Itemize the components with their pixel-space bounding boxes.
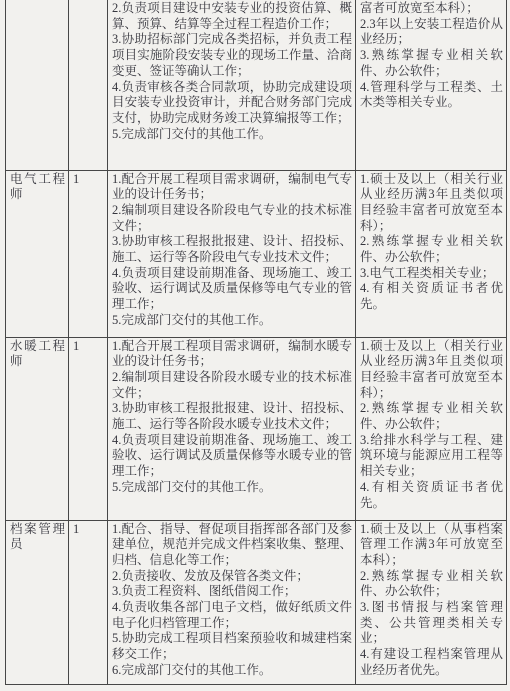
position-cell bbox=[6, 0, 69, 170]
job-requirements-table: 2.负责项目建设中安装专业的投资估算、概算、预算、结算等全过程工程造价工作； 3… bbox=[5, 0, 507, 685]
duties-cell: 1.配合开展工程项目需求调研，编制水暖专业的设计任务书； 2.编制项目建设各阶段… bbox=[108, 337, 356, 520]
position-cell: 档案管理员 bbox=[6, 520, 69, 684]
duties-cell: 1.配合开展工程项目需求调研，编制电气专业的设计任务书； 2.编制项目建设各阶段… bbox=[108, 170, 356, 337]
requirements-cell: 1.硕士及以上（相关行业从业经历满3年且类似项目经验丰富者可放宽至本科）； 2.… bbox=[356, 170, 507, 337]
headcount-cell: 1 bbox=[69, 520, 108, 684]
table-row-archives-administrator: 档案管理员 1 1.配合、指导、督促项目指挥部各部门及参建单位，规范并完成文件档… bbox=[6, 520, 507, 684]
duties-cell: 2.负责项目建设中安装专业的投资估算、概算、预算、结算等全过程工程造价工作； 3… bbox=[108, 0, 356, 170]
table-row-electrical-engineer: 电气工程师 1 1.配合开展工程项目需求调研，编制电气专业的设计任务书； 2.编… bbox=[6, 170, 507, 337]
position-cell: 水暖工程师 bbox=[6, 337, 69, 520]
headcount-cell bbox=[69, 0, 108, 170]
requirements-cell: 1.硕士及以上（相关行业从业经历满3年且类似项目经验丰富者可放宽至本科）； 2.… bbox=[356, 337, 507, 520]
table-row-plumbing-heating-engineer: 水暖工程师 1 1.配合开展工程项目需求调研，编制水暖专业的设计任务书； 2.编… bbox=[6, 337, 507, 520]
headcount-cell: 1 bbox=[69, 170, 108, 337]
requirements-cell: 1.硕士及以上（从事档案管理工作满3年可放宽至本科）； 2.熟练掌握专业相关软件… bbox=[356, 520, 507, 684]
position-cell: 电气工程师 bbox=[6, 170, 69, 337]
headcount-cell: 1 bbox=[69, 337, 108, 520]
requirements-cell: 富者可放宽至本科）； 2.3年以上安装工程造价从业经历； 3.熟练掌握专业相关软… bbox=[356, 0, 507, 170]
table-row-continuation: 2.负责项目建设中安装专业的投资估算、概算、预算、结算等全过程工程造价工作； 3… bbox=[6, 0, 507, 170]
document-page: 2.负责项目建设中安装专业的投资估算、概算、预算、结算等全过程工程造价工作； 3… bbox=[0, 0, 510, 691]
duties-cell: 1.配合、指导、督促项目指挥部各部门及参建单位，规范并完成文件档案收集、整理、归… bbox=[108, 520, 356, 684]
